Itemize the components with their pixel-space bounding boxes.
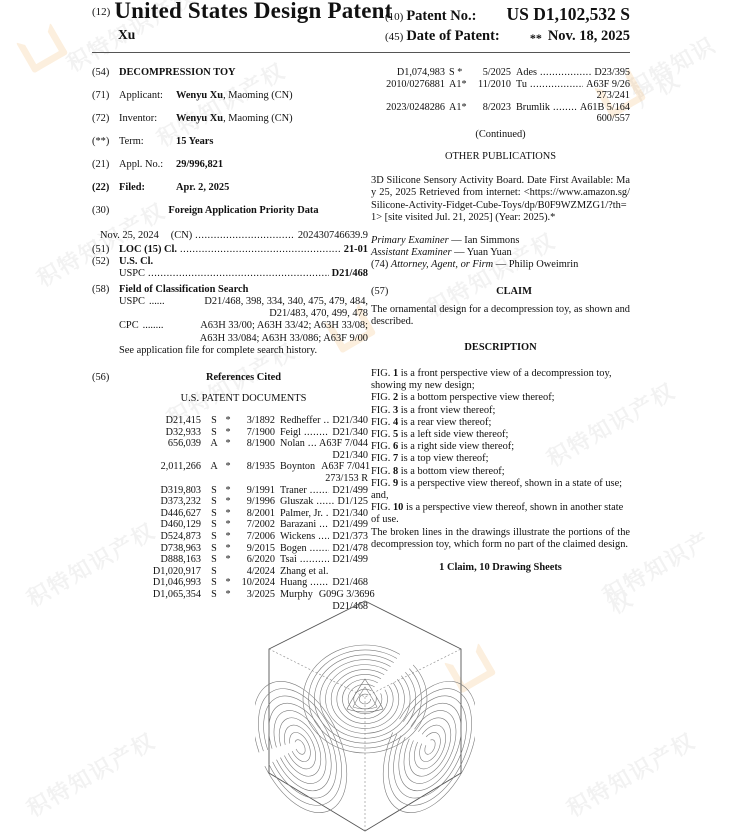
reference-kind: S — [205, 543, 223, 555]
reference-kind: S — [205, 566, 223, 578]
reference-date: 7/2006 — [233, 531, 275, 543]
references-column-right: D1,074,983S *5/2025AdesD23/3952010/02768… — [371, 67, 630, 574]
reference-date: 7/1900 — [233, 427, 275, 439]
patent-title-block: (12)United States Design Patent — [92, 5, 393, 22]
reference-row: D524,873S*7/2006WickensD21/373 — [92, 531, 368, 543]
term-field: (**) Term: 15 Years — [92, 136, 368, 159]
applicant-field: (71) Applicant: Wenyu Xu, Maoming (CN) — [92, 90, 368, 113]
watermark-text: 积特知识产权 — [560, 770, 704, 782]
reference-star: * — [223, 438, 233, 450]
term-value: 15 Years — [176, 136, 213, 148]
reference-kind: S — [205, 427, 223, 439]
reference-kind: S — [205, 415, 223, 427]
figure-description: FIG. 2 is a bottom perspective view ther… — [371, 392, 630, 404]
references-heading: References Cited — [119, 372, 368, 384]
header-divider — [92, 52, 630, 53]
filed-date: Apr. 2, 2025 — [176, 182, 229, 194]
bibliographic-column: (54) DECOMPRESSION TOY (71) Applicant: W… — [92, 67, 368, 612]
reference-date: 9/1996 — [233, 496, 275, 508]
primary-examiner: Primary Examiner — Ian Simmons — [371, 235, 630, 247]
reference-date: 8/2001 — [233, 508, 275, 520]
reference-date: 9/1991 — [233, 485, 275, 497]
description-heading: DESCRIPTION — [371, 342, 630, 368]
reference-name: Redheffer — [280, 415, 321, 427]
reference-star: * — [223, 531, 233, 543]
reference-class-continued: 600/557 — [371, 113, 630, 125]
reference-class: D21/499 — [332, 554, 368, 566]
reference-date: 9/2015 — [233, 543, 275, 555]
reference-kind: A — [205, 461, 223, 473]
reference-name: Brumlik — [516, 102, 550, 114]
reference-class-continued: 273/241 — [371, 90, 630, 102]
reference-number: D888,163 — [92, 554, 201, 566]
reference-name: Feigl — [280, 427, 301, 439]
reference-star: * — [223, 577, 233, 589]
other-publications-heading: OTHER PUBLICATIONS — [371, 151, 630, 175]
watermark-text: 积特知识产权 — [20, 770, 164, 782]
attorney-name: Philip Oweimrin — [509, 259, 579, 270]
reference-class: A63F 7/044 — [319, 438, 368, 450]
reference-number: D1,065,354 — [92, 589, 201, 601]
reference-number: D1,074,983 — [371, 67, 445, 79]
reference-name: Nolan — [280, 438, 305, 450]
reference-date: 8/2023 — [473, 102, 511, 114]
claim-heading-row: (57) CLAIM — [371, 286, 630, 304]
priority-data-row: Nov. 25, 2024 (CN) 202430746639.9 — [92, 230, 368, 244]
patent-title: United States Design Patent — [114, 0, 392, 23]
reference-class: D23/395 — [594, 67, 630, 79]
figure-description: FIG. 6 is a right side view thereof; — [371, 441, 630, 453]
figure-description: FIG. 1 is a front perspective view of a … — [371, 368, 630, 392]
reference-row: 2023/0248286A1*8/2023BrumlikA61B 5/164 — [371, 102, 630, 114]
inventor-name: Wenyu Xu — [176, 113, 223, 124]
reference-date: 8/1935 — [233, 461, 275, 473]
reference-star: * — [223, 496, 233, 508]
loc-class-value: 21-01 — [344, 244, 368, 256]
field-cpc-row: CPC ........ A63H 33/00; A63H 33/42; A63… — [92, 320, 368, 332]
reference-row: D373,232S*9/1996GluszakD1/125 — [92, 496, 368, 508]
reference-class: A61B 5/164 — [580, 102, 630, 114]
reference-row: D738,963S*9/2015BogenD21/478 — [92, 543, 368, 555]
references-heading-field: (56) References Cited — [92, 372, 368, 393]
reference-number: 2023/0248286 — [371, 102, 445, 114]
patent-date-label: Date of Patent: — [406, 28, 499, 44]
figure-description: FIG. 5 is a left side view thereof; — [371, 429, 630, 441]
reference-date: 5/2025 — [473, 67, 511, 79]
reference-star: * — [223, 543, 233, 555]
reference-class: D21/340 — [332, 508, 368, 520]
patent-number-block: (10)Patent No.: US D1,102,532 S (45)Date… — [385, 10, 630, 50]
patent-date: **Nov. 18, 2025 — [530, 30, 630, 44]
reference-star: * — [223, 461, 233, 473]
reference-number: D738,963 — [92, 543, 201, 555]
reference-row: D1,020,917S4/2024Zhang et al. — [92, 566, 368, 578]
inventor-surname: Xu — [118, 29, 135, 41]
reference-star: * — [223, 508, 233, 520]
reference-number: 656,039 — [92, 438, 201, 450]
reference-number: D460,129 — [92, 519, 201, 531]
reference-kind: S — [205, 485, 223, 497]
reference-class: D1/125 — [337, 496, 368, 508]
reference-number: 2,011,266 — [92, 461, 201, 473]
reference-date: 7/2002 — [233, 519, 275, 531]
reference-kind: A1* — [445, 102, 473, 114]
applicant-name: Wenyu Xu — [176, 90, 223, 101]
reference-kind: A — [205, 438, 223, 450]
reference-star: * — [223, 427, 233, 439]
reference-number: D21,415 — [92, 415, 201, 427]
reference-kind: S — [205, 577, 223, 589]
watermark-logo-icon — [22, 30, 62, 66]
primary-examiner-name: Ian Simmons — [464, 235, 519, 246]
reference-row: 656,039A*8/1900NolanA63F 7/044 — [92, 438, 368, 450]
cube-drawing-icon — [255, 597, 475, 835]
application-number: 29/996,821 — [176, 159, 223, 171]
figure-description: FIG. 9 is a perspective view thereof, sh… — [371, 478, 630, 502]
field-uspc-row: USPC ...... D21/468, 398, 334, 340, 475,… — [92, 296, 368, 308]
us-patent-documents-heading: U.S. PATENT DOCUMENTS — [92, 393, 368, 415]
claim-text: The ornamental design for a decompressio… — [371, 304, 630, 328]
reference-class: D21/478 — [332, 543, 368, 555]
application-number-field: (21) Appl. No.: 29/996,821 — [92, 159, 368, 182]
figure-description: FIG. 3 is a front view thereof; — [371, 405, 630, 417]
reference-kind: S — [205, 496, 223, 508]
patent-number: US D1,102,532 S — [507, 8, 631, 20]
reference-number: D32,933 — [92, 427, 201, 439]
inventor-field: (72) Inventor: Wenyu Xu, Maoming (CN) — [92, 113, 368, 136]
reference-name: Zhang et al. — [280, 566, 328, 578]
reference-class: D21/499 — [332, 485, 368, 497]
uspc-value: D21/468 — [332, 268, 368, 284]
patent-number-row: (10)Patent No.: US D1,102,532 S — [385, 10, 630, 30]
reference-class: D21/340 — [332, 427, 368, 439]
reference-number: D524,873 — [92, 531, 201, 543]
reference-star: * — [223, 519, 233, 531]
reference-date: 8/1900 — [233, 438, 275, 450]
reference-star: * — [223, 589, 233, 601]
reference-kind: S * — [445, 67, 473, 79]
reference-kind: S — [205, 554, 223, 566]
reference-name: Barazani — [280, 519, 316, 531]
priority-date: Nov. 25, 2024 — [100, 230, 159, 244]
reference-row: D319,803S*9/1991TranerD21/499 — [92, 485, 368, 497]
references-table-left: D21,415S*3/1892RedhefferD21/340D32,933S*… — [92, 415, 368, 612]
reference-name: Tsai — [280, 554, 297, 566]
reference-name: Huang — [280, 577, 307, 589]
priority-number: 202430746639.9 — [298, 230, 368, 244]
broken-lines-note: The broken lines in the drawings illustr… — [371, 527, 630, 551]
us-class-row: (52) U.S. Cl. — [92, 256, 368, 268]
reference-row: 2,011,266A*8/1935BoyntonA63F 7/041 — [92, 461, 368, 473]
assistant-examiner-name: Yuan Yuan — [467, 247, 512, 258]
watermark-text: 积特知识产权 — [628, 60, 729, 84]
reference-row: D1,046,993S*10/2024HuangD21/468 — [92, 577, 368, 589]
priority-heading: Foreign Application Priority Data — [119, 205, 368, 217]
reference-number: D446,627 — [92, 508, 201, 520]
patent-number-label: Patent No.: — [406, 8, 476, 24]
reference-name: Bogen — [280, 543, 307, 555]
reference-class: A63F 7/041 — [321, 461, 370, 473]
reference-name: Traner — [280, 485, 307, 497]
figure-number: 10 — [393, 502, 403, 513]
reference-date: 3/1892 — [233, 415, 275, 427]
reference-row: D32,933S*7/1900FeiglD21/340 — [92, 427, 368, 439]
reference-class-continued: D21/340 — [92, 450, 368, 462]
reference-row: D446,627S*8/2001Palmer, Jr.D21/340 — [92, 508, 368, 520]
reference-number: D319,803 — [92, 485, 201, 497]
reference-star — [223, 566, 233, 578]
figure-description: FIG. 8 is a bottom view thereof; — [371, 466, 630, 478]
continued-note: (Continued) — [371, 129, 630, 141]
reference-date: 11/2010 — [473, 79, 511, 91]
reference-row: D1,074,983S *5/2025AdesD23/395 — [371, 67, 630, 79]
invention-title: DECOMPRESSION TOY — [119, 67, 236, 79]
reference-kind: S — [205, 519, 223, 531]
title-code: (12) — [92, 6, 110, 18]
other-publication-citation: 3D Silicone Sensory Activity Board. Date… — [371, 175, 630, 224]
filed-field: (22) Filed: Apr. 2, 2025 — [92, 182, 368, 205]
reference-kind: S — [205, 508, 223, 520]
reference-name: Boynton — [280, 461, 315, 473]
reference-row: 2010/0276881A1*11/2010TuA63F 9/26 — [371, 79, 630, 91]
reference-name: Ades — [516, 67, 537, 79]
reference-kind: S — [205, 589, 223, 601]
reference-class: D21/340 — [332, 415, 368, 427]
title-field: (54) DECOMPRESSION TOY — [92, 67, 368, 90]
reference-date: 4/2024 — [233, 566, 275, 578]
attorney: (74) Attorney, Agent, or Firm — Philip O… — [371, 259, 630, 271]
reference-star: * — [223, 554, 233, 566]
reference-number: 2010/0276881 — [371, 79, 445, 91]
reference-number: D1,046,993 — [92, 577, 201, 589]
references-table-right: D1,074,983S *5/2025AdesD23/3952010/02768… — [371, 67, 630, 125]
uspc-row: USPC D21/468 — [92, 268, 368, 284]
loc-class-row: (51) LOC (15) Cl. 21-01 — [92, 244, 368, 256]
reference-number: D373,232 — [92, 496, 201, 508]
reference-row: D21,415S*3/1892RedhefferD21/340 — [92, 415, 368, 427]
priority-country: (CN) — [171, 230, 192, 244]
claim-heading: CLAIM — [398, 286, 630, 304]
reference-class: D21/468 — [332, 577, 368, 589]
figure-description: FIG. 4 is a rear view thereof; — [371, 417, 630, 429]
reference-class-continued: 273/153 R — [92, 473, 368, 485]
reference-class: A63F 9/26 — [586, 79, 630, 91]
design-drawing-cube — [255, 597, 475, 835]
figure-description-list: FIG. 1 is a front perspective view of a … — [371, 368, 630, 527]
reference-number: D1,020,917 — [92, 566, 201, 578]
figure-description: FIG. 10 is a perspective view thereof, s… — [371, 502, 630, 526]
patent-date-row: (45)Date of Patent: **Nov. 18, 2025 — [385, 30, 630, 50]
reference-kind: S — [205, 531, 223, 543]
reference-row: D460,129S*7/2002BarazaniD21/499 — [92, 519, 368, 531]
reference-star: * — [223, 415, 233, 427]
reference-class: D21/499 — [332, 519, 368, 531]
reference-name: Palmer, Jr. — [280, 508, 323, 520]
figure-description: FIG. 7 is a top view thereof; — [371, 453, 630, 465]
reference-name: Tu — [516, 79, 527, 91]
reference-row: D888,163S*6/2020TsaiD21/499 — [92, 554, 368, 566]
reference-class: D21/373 — [332, 531, 368, 543]
priority-heading-field: (30) Foreign Application Priority Data — [92, 205, 368, 230]
search-history-note: See application file for complete search… — [92, 345, 368, 357]
claims-sheets-summary: 1 Claim, 10 Drawing Sheets — [371, 562, 630, 574]
reference-name: Gluszak — [280, 496, 313, 508]
assistant-examiner: Assistant Examiner — Yuan Yuan — [371, 247, 630, 259]
reference-date: 10/2024 — [233, 577, 275, 589]
reference-kind: A1* — [445, 79, 473, 91]
reference-star: * — [223, 485, 233, 497]
reference-date: 6/2020 — [233, 554, 275, 566]
field-search-heading-row: (58) Field of Classification Search — [92, 284, 368, 296]
reference-name: Wickens — [280, 531, 315, 543]
